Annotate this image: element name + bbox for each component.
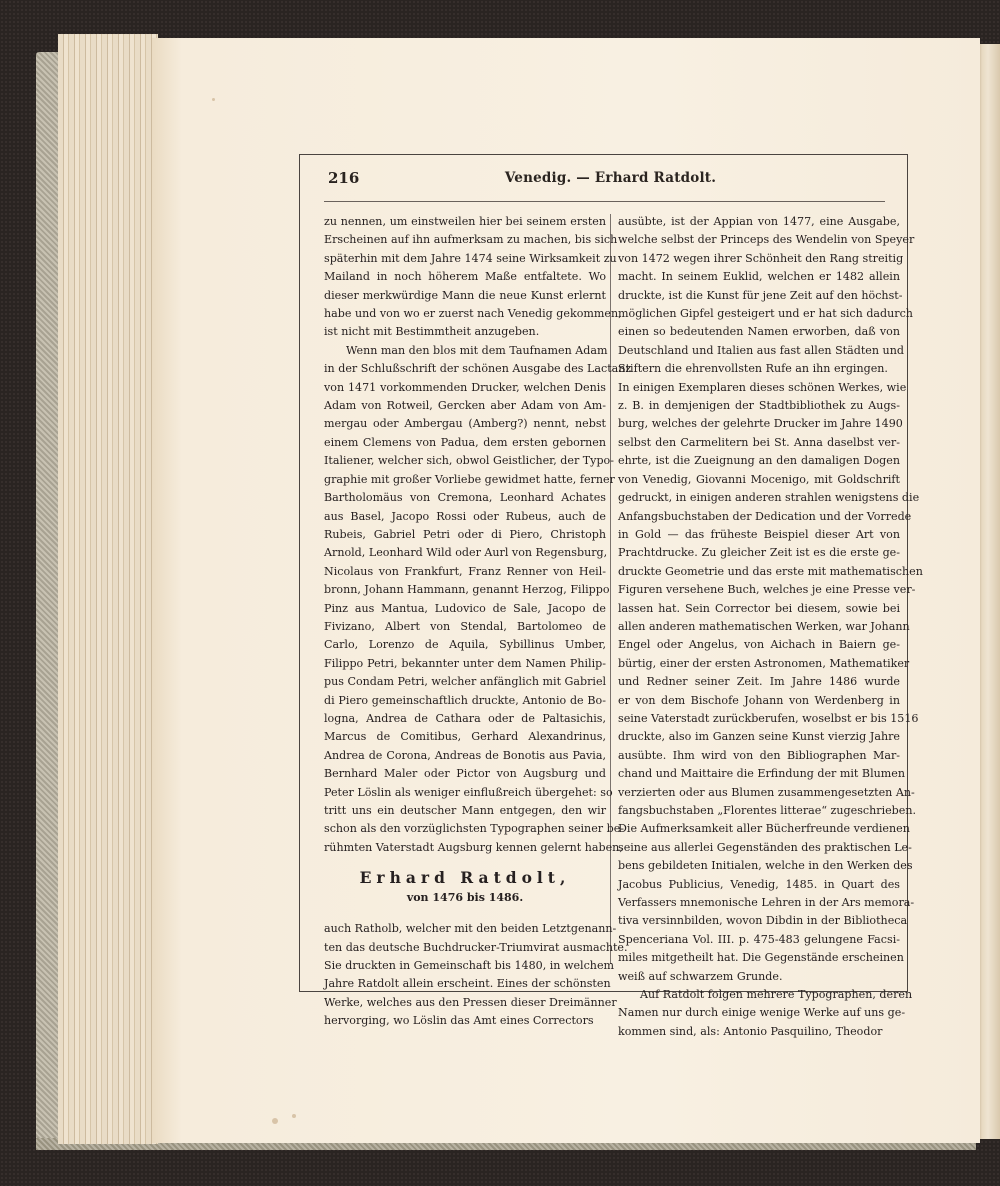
text-line: möglichen Gipfel gesteigert und er hat s… bbox=[618, 305, 900, 323]
running-head-title: Venedig. — Erhard Ratdolt. bbox=[328, 170, 893, 186]
foxing-spot bbox=[292, 1114, 296, 1118]
text-line: Auf Ratdolt folgen mehrere Typographen, … bbox=[618, 986, 900, 1004]
foxing-spot bbox=[272, 1118, 278, 1124]
left-column: zu nennen, um einstweilen hier bei seine… bbox=[324, 213, 606, 1031]
text-line: von 1472 wegen ihrer Schönheit den Rang … bbox=[618, 250, 900, 268]
text-line: fangsbuchstaben „Florentes litterae“ zug… bbox=[618, 802, 900, 820]
foxing-spot bbox=[212, 98, 215, 101]
text-line: chand und Maittaire die Erfindung der mi… bbox=[618, 765, 900, 783]
text-line: kommen sind, als: Antonio Pasquilino, Th… bbox=[618, 1023, 900, 1041]
text-line: tritt uns ein deutscher Mann entgegen, d… bbox=[324, 802, 606, 820]
text-line: lassen hat. Sein Corrector bei diesem, s… bbox=[618, 600, 900, 618]
text-line: Bernhard Maler oder Pictor von Augsburg … bbox=[324, 765, 606, 783]
text-line: gedruckt, in einigen anderen strahlen we… bbox=[618, 489, 900, 507]
text-line: burg, welches der gelehrte Drucker im Ja… bbox=[618, 415, 900, 433]
text-line: In einigen Exemplaren dieses schönen Wer… bbox=[618, 379, 900, 397]
text-line: selbst den Carmelitern bei St. Anna dase… bbox=[618, 434, 900, 452]
section-title: Erhard Ratdolt, bbox=[324, 867, 606, 889]
text-line: rühmten Vaterstadt Augsburg kennen geler… bbox=[324, 839, 606, 857]
text-line: Anfangsbuchstaben der Dedication und der… bbox=[618, 508, 900, 526]
text-line: späterhin mit dem Jahre 1474 seine Wirks… bbox=[324, 250, 606, 268]
text-line: miles mitgetheilt hat. Die Gegenstände e… bbox=[618, 949, 900, 967]
text-line: druckte, also im Ganzen seine Kunst vier… bbox=[618, 728, 900, 746]
text-line: Marcus de Comitibus, Gerhard Alexandrinu… bbox=[324, 728, 606, 746]
section-subtitle: von 1476 bis 1486. bbox=[324, 889, 606, 907]
text-line: in Gold — das früheste Beispiel dieser A… bbox=[618, 526, 900, 544]
text-line: Bartholomäus von Cremona, Leonhard Achat… bbox=[324, 489, 606, 507]
running-head: 216 Venedig. — Erhard Ratdolt. bbox=[328, 169, 893, 191]
text-line: ehrte, ist die Zueignung an den damalige… bbox=[618, 452, 900, 470]
text-line: aus Basel, Jacopo Rossi oder Rubeus, auc… bbox=[324, 508, 606, 526]
facing-page-edge bbox=[978, 44, 1000, 1139]
text-line: Wenn man den blos mit dem Taufnamen Adam bbox=[324, 342, 606, 360]
text-line: allen anderen mathematischen Werken, war… bbox=[618, 618, 900, 636]
text-line: bürtig, einer der ersten Astronomen, Mat… bbox=[618, 655, 900, 673]
text-line: Peter Löslin als weniger einflußreich üb… bbox=[324, 784, 606, 802]
text-line: von 1471 vorkommenden Drucker, welchen D… bbox=[324, 379, 606, 397]
text-line: graphie mit großer Vorliebe gewidmet hat… bbox=[324, 471, 606, 489]
left-column-section-body: auch Ratholb, welcher mit den beiden Let… bbox=[324, 920, 606, 1030]
text-line: Nicolaus von Frankfurt, Franz Renner von… bbox=[324, 563, 606, 581]
text-line: einem Clemens von Padua, dem ersten gebo… bbox=[324, 434, 606, 452]
text-line: macht. In seinem Euklid, welchen er 1482… bbox=[618, 268, 900, 286]
text-line: Figuren versehene Buch, welches je eine … bbox=[618, 581, 900, 599]
header-rule bbox=[324, 201, 885, 202]
text-line: von Venedig, Giovanni Mocenigo, mit Gold… bbox=[618, 471, 900, 489]
text-line: pus Condam Petri, welcher anfänglich mit… bbox=[324, 673, 606, 691]
text-line: welche selbst der Princeps des Wendelin … bbox=[618, 231, 900, 249]
text-line: di Piero gemeinschaftlich druckte, Anton… bbox=[324, 692, 606, 710]
text-line: Engel oder Angelus, von Aichach in Baier… bbox=[618, 636, 900, 654]
text-line: mergau oder Ambergau (Amberg?) nennt, ne… bbox=[324, 415, 606, 433]
text-line: z. B. in demjenigen der Stadtbibliothek … bbox=[618, 397, 900, 415]
text-line: Deutschland und Italien aus fast allen S… bbox=[618, 342, 900, 360]
text-line: Italiener, welcher sich, obwol Geistlich… bbox=[324, 452, 606, 470]
text-frame: 216 Venedig. — Erhard Ratdolt. zu nennen… bbox=[299, 154, 908, 992]
text-line: verzierten oder aus Blumen zusammengeset… bbox=[618, 784, 900, 802]
text-line: Die Aufmerksamkeit aller Bücherfreunde v… bbox=[618, 820, 900, 838]
text-line: Filippo Petri, bekannter unter dem Namen… bbox=[324, 655, 606, 673]
page-stack-edges bbox=[58, 34, 158, 1144]
text-line: zu nennen, um einstweilen hier bei seine… bbox=[324, 213, 606, 231]
text-line: Werke, welches aus den Pressen dieser Dr… bbox=[324, 994, 606, 1012]
text-line: habe und von wo er zuerst nach Venedig g… bbox=[324, 305, 606, 323]
text-line: und Redner seiner Zeit. Im Jahre 1486 wu… bbox=[618, 673, 900, 691]
text-line: ten das deutsche Buchdrucker-Triumvirat … bbox=[324, 939, 606, 957]
text-line: ausübte, ist der Appian von 1477, eine A… bbox=[618, 213, 900, 231]
text-line: Carlo, Lorenzo de Aquila, Sybillinus Umb… bbox=[324, 636, 606, 654]
text-line: Spenceriana Vol. III. p. 475-483 gelunge… bbox=[618, 931, 900, 949]
text-line: Pinz aus Mantua, Ludovico de Sale, Jacop… bbox=[324, 600, 606, 618]
text-line: schon als den vorzüglichsten Typographen… bbox=[324, 820, 606, 838]
text-line: Sie druckten in Gemeinschaft bis 1480, i… bbox=[324, 957, 606, 975]
text-line: logna, Andrea de Cathara oder de Paltasi… bbox=[324, 710, 606, 728]
right-column-body: ausübte, ist der Appian von 1477, eine A… bbox=[618, 213, 900, 1041]
text-line: Fivizano, Albert von Stendal, Bartolomeo… bbox=[324, 618, 606, 636]
text-line: Jacobus Publicius, Venedig, 1485. in Qua… bbox=[618, 876, 900, 894]
right-column: ausübte, ist der Appian von 1477, eine A… bbox=[618, 213, 900, 1041]
left-column-body: zu nennen, um einstweilen hier bei seine… bbox=[324, 213, 606, 857]
text-line: ist nicht mit Bestimmtheit anzugeben. bbox=[324, 323, 606, 341]
text-line: bens gebildeten Initialen, welche in den… bbox=[618, 857, 900, 875]
text-line: hervorging, wo Löslin das Amt eines Corr… bbox=[324, 1012, 606, 1030]
text-line: einen so bedeutenden Namen erworben, daß… bbox=[618, 323, 900, 341]
text-line: auch Ratholb, welcher mit den beiden Let… bbox=[324, 920, 606, 938]
text-line: Mailand in noch höherem Maße entfaltete.… bbox=[324, 268, 606, 286]
text-line: Adam von Rotweil, Gercken aber Adam von … bbox=[324, 397, 606, 415]
text-line: seine aus allerlei Gegenständen des prak… bbox=[618, 839, 900, 857]
text-line: Erscheinen auf ihn aufmerksam zu machen,… bbox=[324, 231, 606, 249]
text-line: bronn, Johann Hammann, genannt Herzog, F… bbox=[324, 581, 606, 599]
text-line: Arnold, Leonhard Wild oder Aurl von Rege… bbox=[324, 544, 606, 562]
text-line: ausübte. Ihm wird von den Bibliographen … bbox=[618, 747, 900, 765]
text-line: Prachtdrucke. Zu gleicher Zeit ist es di… bbox=[618, 544, 900, 562]
text-line: Verfassers mnemonische Lehren in der Ars… bbox=[618, 894, 900, 912]
text-line: Andrea de Corona, Andreas de Bonotis aus… bbox=[324, 747, 606, 765]
text-line: Jahre Ratdolt allein erscheint. Eines de… bbox=[324, 975, 606, 993]
text-line: druckte Geometrie und das erste mit math… bbox=[618, 563, 900, 581]
text-line: druckte, ist die Kunst für jene Zeit auf… bbox=[618, 287, 900, 305]
text-line: Namen nur durch einige wenige Werke auf … bbox=[618, 1004, 900, 1022]
text-line: dieser merkwürdige Mann die neue Kunst e… bbox=[324, 287, 606, 305]
text-line: seine Vaterstadt zurückberufen, woselbst… bbox=[618, 710, 900, 728]
text-line: er von dem Bischofe Johann von Werdenber… bbox=[618, 692, 900, 710]
text-line: Stiftern die ehrenvollsten Rufe an ihn e… bbox=[618, 360, 900, 378]
text-line: Rubeis, Gabriel Petri oder di Piero, Chr… bbox=[324, 526, 606, 544]
text-line: in der Schlußschrift der schönen Ausgabe… bbox=[324, 360, 606, 378]
text-line: tiva versinnbilden, wovon Dibdin in der … bbox=[618, 912, 900, 930]
text-line: weiß auf schwarzem Grunde. bbox=[618, 968, 900, 986]
